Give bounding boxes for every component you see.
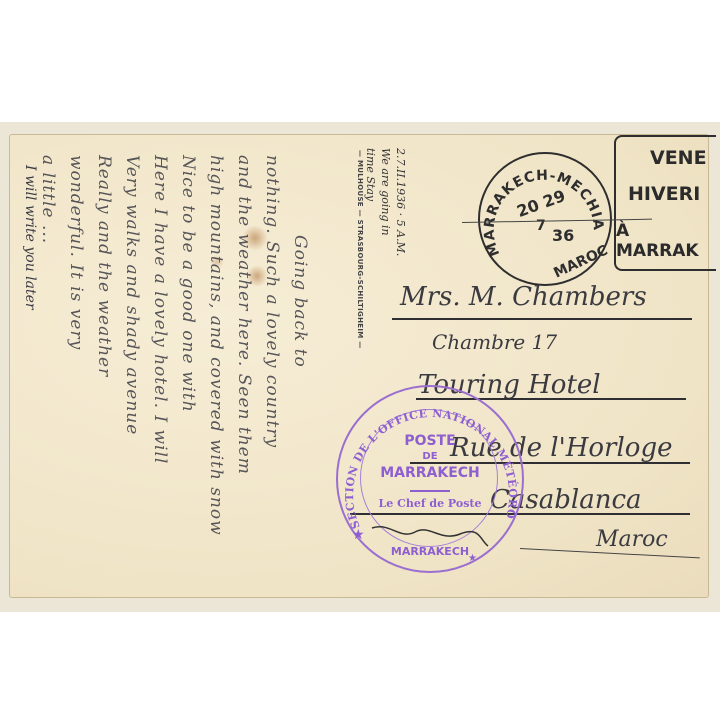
date-note-line: 2.7.II.1936 · 5 A.M. <box>393 148 408 256</box>
stamp-divider <box>410 490 450 492</box>
postmark-year: 36 <box>552 226 574 245</box>
address-line-2: Chambre 17 <box>432 330 557 354</box>
star-icon: ★ <box>468 553 477 564</box>
message-line: a little ... <box>38 155 58 244</box>
address-name: Mrs. M. Chambers <box>400 282 647 312</box>
svg-text:MARRAKECH-MECHIA: MARRAKECH-MECHIA <box>482 168 607 259</box>
address-underline <box>392 318 692 320</box>
message-line: Going back to <box>290 235 310 368</box>
message-line: Nice to be a good one with <box>178 155 198 413</box>
stamp-center-3: MARRAKECH <box>338 465 522 481</box>
flag-line: VENE <box>650 147 707 169</box>
flag-cancellation: VENE HIVERI À MARRAK <box>614 135 716 271</box>
flag-line: HIVERI <box>628 183 700 205</box>
message-line: nothing. Such a lovely country <box>262 155 282 448</box>
message-line: Really and the weather <box>94 155 114 377</box>
left-margin-note: I will write you later <box>22 165 38 310</box>
date-note-line: We are going in <box>378 148 393 256</box>
message-line: Very walks and shady avenue <box>122 155 142 435</box>
stamp-center-2: DE <box>338 451 522 462</box>
date-note: 2.7.II.1936 · 5 A.M. We are going in tim… <box>363 148 408 256</box>
message-line: and the weather here. Seen them <box>234 155 254 475</box>
message-line: Here I have a lovely hotel. I will <box>150 155 170 464</box>
signature-scrawl <box>370 520 490 550</box>
date-note-line: time Stay <box>363 148 378 256</box>
address-line-6: Maroc <box>596 527 668 552</box>
stamp-role: Le Chef de Poste <box>338 497 522 510</box>
message-line: wonderful. It is very <box>66 155 86 350</box>
message-line: high mountains, and covered with snow <box>206 155 226 536</box>
stamp-center-1: POSTE <box>338 433 522 449</box>
flag-line: À MARRAK <box>616 221 716 261</box>
star-icon: ★ <box>352 527 365 543</box>
